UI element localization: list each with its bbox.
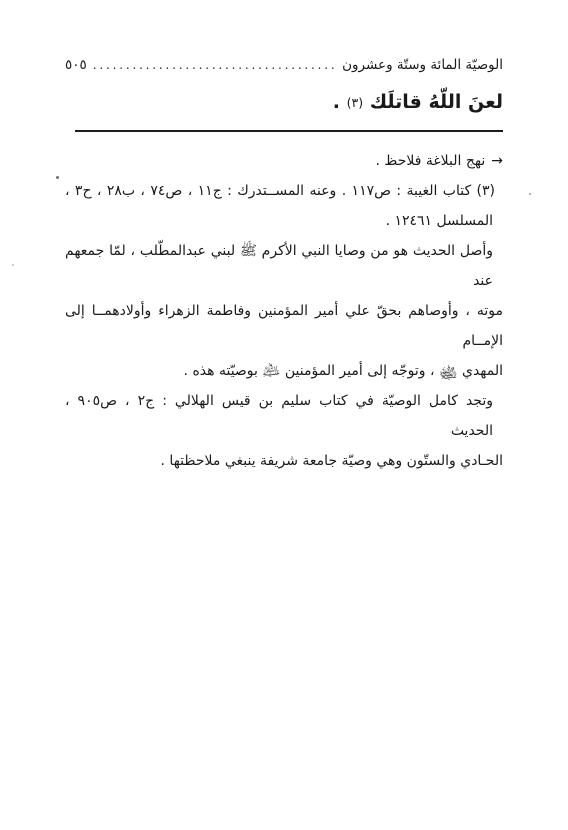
dot-leader: ........................................…: [93, 58, 334, 72]
footnote-reference-marker: (٣): [347, 95, 364, 110]
hadith-text-line: لعنَ اللّهُ قاتلَك (٣) .: [65, 89, 503, 117]
commentary-line: الحـادي والستّون وهي وصيّة جامعة شريفة ي…: [65, 446, 503, 476]
hadith-main-text: لعنَ اللّهُ قاتلَك: [370, 91, 503, 113]
footnote-entry-line: المسلسل ١٢٤٦١ .: [65, 206, 503, 236]
page-content: الوصيّة المائة وستّة وعشرون ............…: [65, 0, 503, 476]
print-speck: [56, 176, 59, 179]
book-page: الوصيّة المائة وستّة وعشرون ............…: [0, 0, 568, 830]
commentary-line: المهدي ﵊ ، وتوجّه إلى أمير المؤمنين ﵇ بو…: [65, 356, 503, 386]
terminal-period: .: [333, 91, 340, 113]
footnote-continuation-line: →نهج البلاغة فلاحظ .: [65, 146, 503, 176]
footnote-block: →نهج البلاغة فلاحظ . (٣) كتاب الغيبة : ص…: [65, 146, 503, 476]
footnote-continuation-text: نهج البلاغة فلاحظ .: [376, 153, 486, 169]
footnote-entry-line: (٣) كتاب الغيبة : ص١١٧ . وعنه المســتدرك…: [65, 176, 503, 206]
page-number: ٥٠٥: [65, 57, 87, 73]
commentary-line: وتجد كامل الوصيّة في كتاب سليم بن قيس ال…: [65, 386, 503, 446]
commentary-line: وأصل الحديث هو من وصايا النبي الأكرم ﷺ ل…: [65, 236, 503, 296]
print-speck: [12, 264, 14, 266]
chapter-title: الوصيّة المائة وستّة وعشرون: [342, 57, 503, 73]
running-header: الوصيّة المائة وستّة وعشرون ............…: [65, 57, 503, 73]
commentary-line: موته ، وأوصاهم بحقّ علي أمير المؤمنين وف…: [65, 296, 503, 356]
print-speck: [529, 193, 531, 195]
footnote-separator-rule: [75, 130, 503, 132]
continuation-arrow-icon: →: [491, 146, 503, 176]
